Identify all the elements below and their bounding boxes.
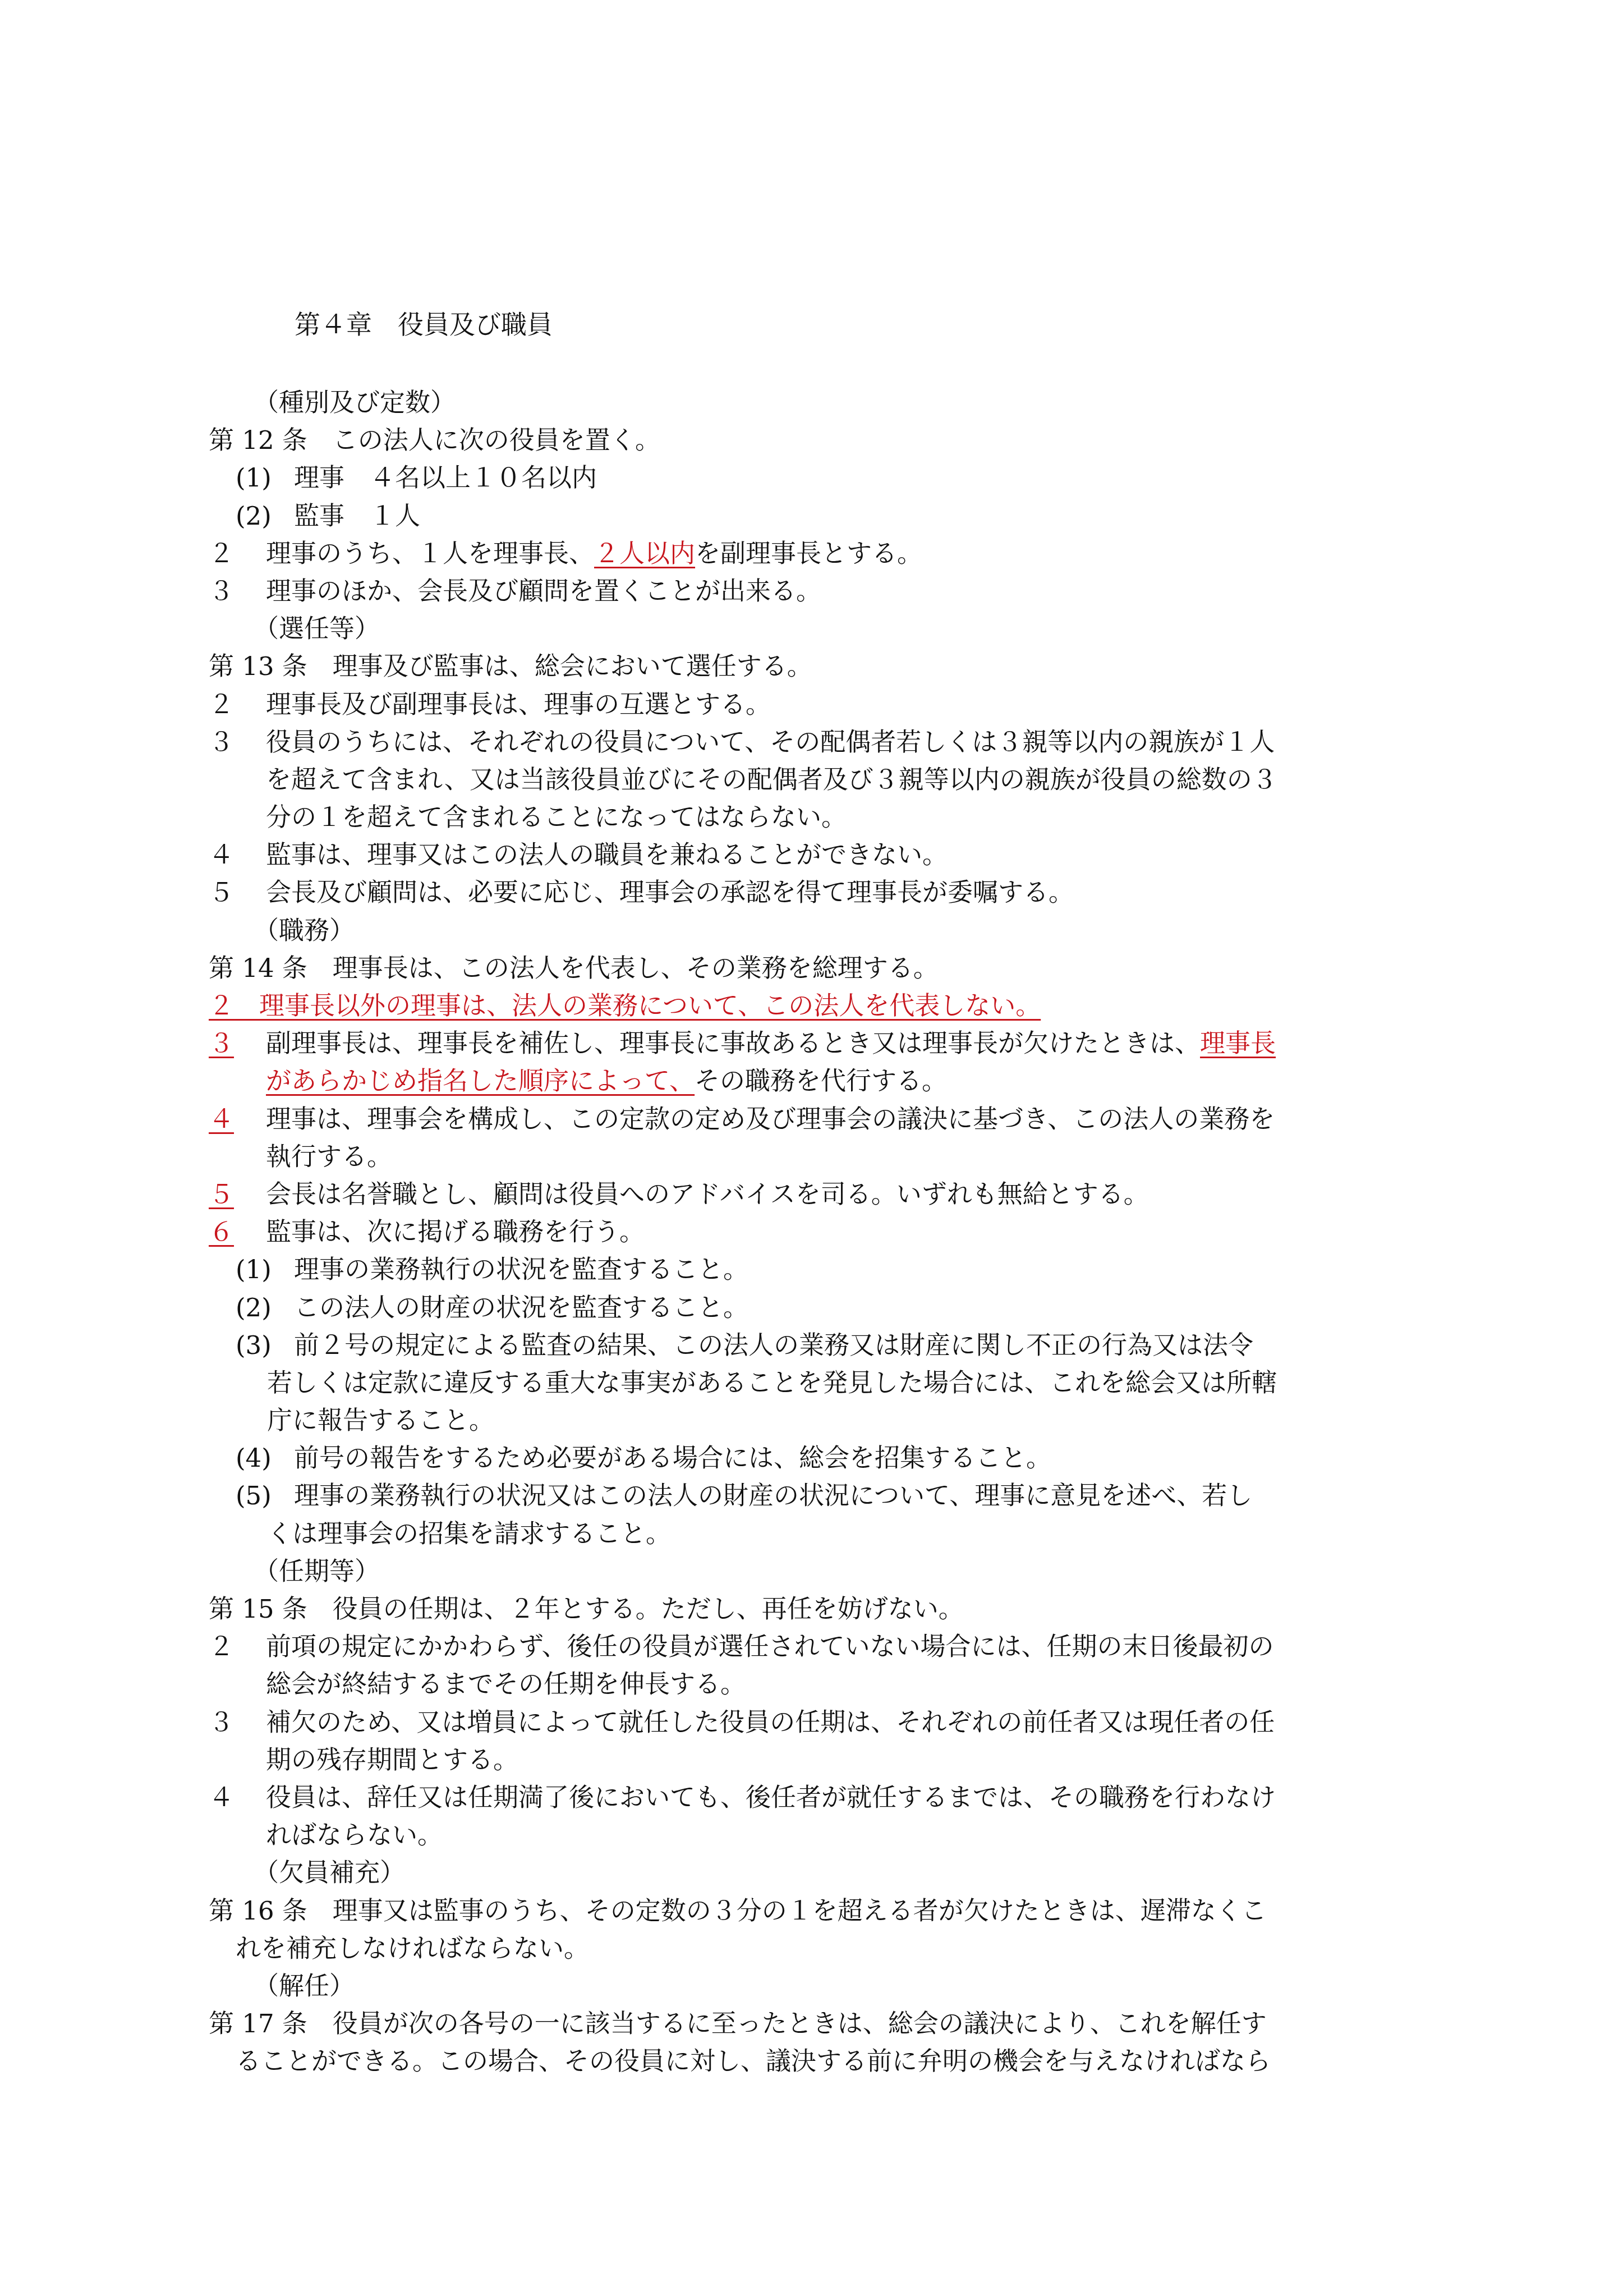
paragraph-number: ２ [209,1628,266,1665]
list-item: (3)前２号の規定による監査の結果、この法人の業務又は財産に関し不正の行為又は法… [209,1326,1432,1364]
paragraph-number: ５ [209,1179,234,1209]
article-continuation: ることができる。この場合、その役員に対し、議決する前に弁明の機会を与えなければな… [209,2042,1432,2080]
paragraph-number: ３ [209,1703,266,1741]
paragraph-text: 補欠のため、又は増員によって就任した役員の任期は、それぞれの前任者又は現任者の任 [266,1707,1275,1737]
paragraph-number: ６ [209,1217,234,1247]
paragraph-number: ４ [209,836,266,874]
paragraph-text: 会長及び顧問は、必要に応じ、理事会の承認を得て理事長が委嘱する。 [266,878,1074,907]
paragraph-text: 監事は、理事又はこの法人の職員を兼ねることができない。 [266,840,948,870]
paragraph: ４理事は、理事会を構成し、この定款の定め及び理事会の議決に基づき、この法人の業務… [209,1100,1432,1138]
item-text: 前２号の規定による監査の結果、この法人の業務又は財産に関し不正の行為又は法令 [294,1330,1253,1360]
paragraph-text: 理事は、理事会を構成し、この定款の定め及び理事会の議決に基づき、この法人の業務を [266,1104,1275,1134]
list-item: (4)前号の報告をするため必要がある場合には、総会を招集すること。 [209,1439,1432,1477]
item-text: 監事 １人 [294,501,420,531]
paragraph-text: その職務を代行する。 [695,1066,947,1096]
revision-highlight: 理事長以外の理事は、法人の業務について、この法人を代表しない。 [234,991,1041,1021]
paragraph-text: 役員のうちには、それぞれの役員について、その配偶者若しくは３親等以内の親族が１人 [266,727,1275,757]
paragraph-text: 理事のうち、１人を理事長、 [266,539,594,568]
article-12: 第 12 条 この法人に次の役員を置く。 [209,421,1432,459]
paragraph-number: ３ [209,572,266,610]
item-text: 理事の業務執行の状況又はこの法人の財産の状況について、理事に意見を述べ、若し [294,1481,1252,1510]
paragraph-continuation: 分の１を超えて含まれることになってはならない。 [209,798,1432,836]
item-number: (1) [236,1251,294,1288]
paragraph-number: ３ [209,723,266,761]
section-caption: （種別及び定数） [209,384,1432,421]
paragraph: ２前項の規定にかかわらず、後任の役員が選任されていない場合には、任期の末日後最初… [209,1628,1432,1665]
revision-highlight: ２人以内 [594,539,695,568]
paragraph: ６監事は、次に掲げる職務を行う。 [209,1213,1432,1251]
section-caption: （欠員補充） [209,1854,1432,1891]
paragraph: ３役員のうちには、それぞれの役員について、その配偶者若しくは３親等以内の親族が１… [209,723,1432,761]
list-item: (2)監事 １人 [209,497,1432,535]
list-item: (2)この法人の財産の状況を監査すること。 [209,1289,1432,1326]
document-body: （種別及び定数） 第 12 条 この法人に次の役員を置く。 (1)理事 ４名以上… [209,384,1432,2080]
paragraph-text: 理事のほか、会長及び顧問を置くことが出来る。 [266,576,821,606]
item-number: (1) [236,459,294,497]
paragraph-text: 役員は、辞任又は任期満了後においても、後任者が就任するまでは、その職務を行わなけ [266,1783,1276,1812]
item-continuation: 若しくは定款に違反する重大な事実があることを発見した場合には、これを総会又は所轄 [209,1364,1432,1402]
document-page: 第４章 役員及び職員 （種別及び定数） 第 12 条 この法人に次の役員を置く。… [0,0,1623,2296]
paragraph-continuation: ればならない。 [209,1816,1432,1854]
paragraph: ２理事長及び副理事長は、理事の互選とする。 [209,686,1432,723]
article-13: 第 13 条 理事及び監事は、総会において選任する。 [209,648,1432,685]
paragraph: ３副理事長は、理事長を補佐し、理事長に事故あるとき又は理事長が欠けたときは、理事… [209,1025,1432,1062]
paragraph-number: ２ [209,991,234,1021]
paragraph-continuation: 期の残存期間とする。 [209,1741,1432,1779]
list-item: (1)理事の業務執行の状況を監査すること。 [209,1251,1432,1288]
paragraph-number: ２ [209,686,266,723]
item-text: この法人の財産の状況を監査すること。 [294,1293,748,1323]
paragraph-number: ５ [209,874,266,911]
paragraph-number: ４ [209,1779,266,1816]
article-continuation: れを補充しなければならない。 [209,1930,1432,1967]
revision-highlight: 理事長 [1200,1028,1276,1058]
paragraph-number: ３ [209,1028,234,1058]
paragraph-text: 監事は、次に掲げる職務を行う。 [266,1217,645,1247]
article-14: 第 14 条 理事長は、この法人を代表し、その業務を総理する。 [209,949,1432,987]
paragraph: ４役員は、辞任又は任期満了後においても、後任者が就任するまでは、その職務を行わな… [209,1779,1432,1816]
paragraph: ３理事のほか、会長及び顧問を置くことが出来る。 [209,572,1432,610]
paragraph-number: ４ [209,1104,234,1134]
section-caption: （解任） [209,1967,1432,2005]
paragraph: ４監事は、理事又はこの法人の職員を兼ねることができない。 [209,836,1432,874]
paragraph: ２ 理事長以外の理事は、法人の業務について、この法人を代表しない。 [209,987,1432,1025]
paragraph-text: を副理事長とする。 [695,539,922,568]
list-item: (1)理事 ４名以上１０名以内 [209,459,1432,497]
revision-highlight: があらかじめ指名した順序によって、 [266,1066,695,1096]
paragraph-continuation: があらかじめ指名した順序によって、その職務を代行する。 [209,1062,1432,1100]
paragraph-text: 会長は名誉職とし、顧問は役員へのアドバイスを司る。いずれも無給とする。 [266,1179,1149,1209]
section-caption: （任期等） [209,1553,1432,1590]
item-number: (2) [236,497,294,535]
item-number: (4) [236,1439,294,1477]
paragraph-text: 前項の規定にかかわらず、後任の役員が選任されていない場合には、任期の末日後最初の [266,1632,1273,1661]
item-text: 理事の業務執行の状況を監査すること。 [294,1255,748,1284]
paragraph: ５会長及び顧問は、必要に応じ、理事会の承認を得て理事長が委嘱する。 [209,874,1432,911]
item-number: (3) [236,1326,294,1364]
paragraph-continuation: を超えて含まれ、又は当該役員並びにその配偶者及び３親等以内の親族が役員の総数の３ [209,761,1432,798]
chapter-title: 第４章 役員及び職員 [295,307,553,341]
item-number: (2) [236,1289,294,1326]
article-16: 第 16 条 理事又は監事のうち、その定数の３分の１を超える者が欠けたときは、遅… [209,1892,1432,1930]
list-item: (5)理事の業務執行の状況又はこの法人の財産の状況について、理事に意見を述べ、若… [209,1477,1432,1514]
item-continuation: 庁に報告すること。 [209,1402,1432,1439]
paragraph: ５会長は名誉職とし、顧問は役員へのアドバイスを司る。いずれも無給とする。 [209,1175,1432,1213]
paragraph-continuation: 総会が終結するまでその任期を伸長する。 [209,1665,1432,1703]
item-continuation: くは理事会の招集を請求すること。 [209,1515,1432,1553]
article-15: 第 15 条 役員の任期は、２年とする。ただし、再任を妨げない。 [209,1590,1432,1628]
item-number: (5) [236,1477,294,1514]
paragraph-number: ２ [209,535,266,572]
section-caption: （選任等） [209,610,1432,648]
item-text: 理事 ４名以上１０名以内 [294,463,597,493]
article-17: 第 17 条 役員が次の各号の一に該当するに至ったときは、総会の議決により、これ… [209,2005,1432,2042]
item-text: 前号の報告をするため必要がある場合には、総会を招集すること。 [294,1443,1051,1473]
section-caption: （職務） [209,912,1432,949]
paragraph: ２理事のうち、１人を理事長、２人以内を副理事長とする。 [209,535,1432,572]
paragraph-text: 理事長及び副理事長は、理事の互選とする。 [266,690,771,719]
paragraph-continuation: 執行する。 [209,1138,1432,1175]
paragraph-text: 副理事長は、理事長を補佐し、理事長に事故あるとき又は理事長が欠けたときは、 [266,1028,1200,1058]
paragraph: ３補欠のため、又は増員によって就任した役員の任期は、それぞれの前任者又は現任者の… [209,1703,1432,1741]
